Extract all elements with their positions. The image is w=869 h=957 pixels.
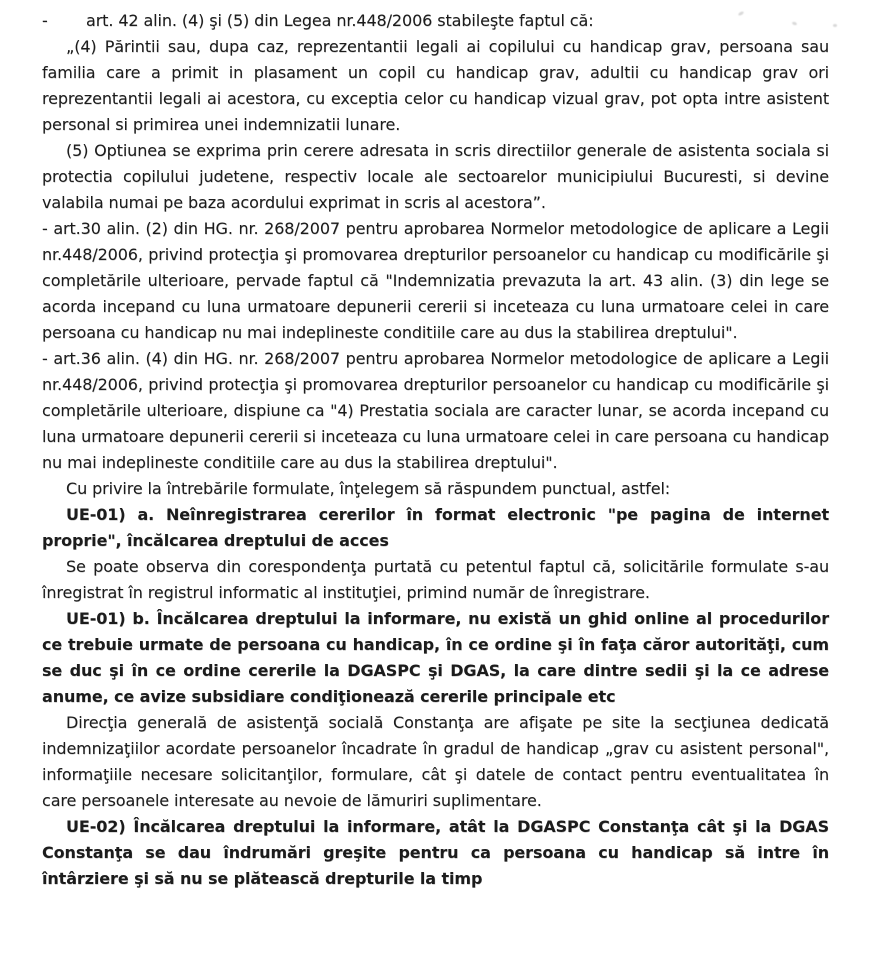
heading-ue-02: UE-02) Încălcarea dreptului la informare…	[42, 814, 829, 892]
heading-ue-01-b: UE-01) b. Încălcarea dreptului la inform…	[42, 606, 829, 710]
para-legea-448-intro-text: art. 42 alin. (4) şi (5) din Legea nr.44…	[86, 11, 594, 30]
para-raspuns-ue-01-a: Se poate observa din corespondenţa purta…	[42, 554, 829, 606]
para-legea-448-intro: -art. 42 alin. (4) şi (5) din Legea nr.4…	[42, 8, 829, 34]
para-art30-hg-268: - art.30 alin. (2) din HG. nr. 268/2007 …	[42, 216, 829, 346]
para-art36-hg-268: - art.36 alin. (4) din HG. nr. 268/2007 …	[42, 346, 829, 476]
para-raspuns-ue-01-b: Direcţia generală de asistenţă socială C…	[42, 710, 829, 814]
scan-artifact	[833, 24, 837, 27]
para-intro-raspunsuri: Cu privire la întrebările formulate, înţ…	[42, 476, 829, 502]
para-art42-alin-4: „(4) Părintii sau, dupa caz, reprezentan…	[42, 34, 829, 138]
document-body: -art. 42 alin. (4) şi (5) din Legea nr.4…	[42, 8, 829, 892]
para-art42-alin-5: (5) Optiunea se exprima prin cerere adre…	[42, 138, 829, 216]
scanned-document-page: -art. 42 alin. (4) şi (5) din Legea nr.4…	[0, 0, 869, 957]
heading-ue-01-a: UE-01) a. Neînregistrarea cererilor în f…	[42, 502, 829, 554]
list-dash-marker: -	[42, 8, 86, 34]
